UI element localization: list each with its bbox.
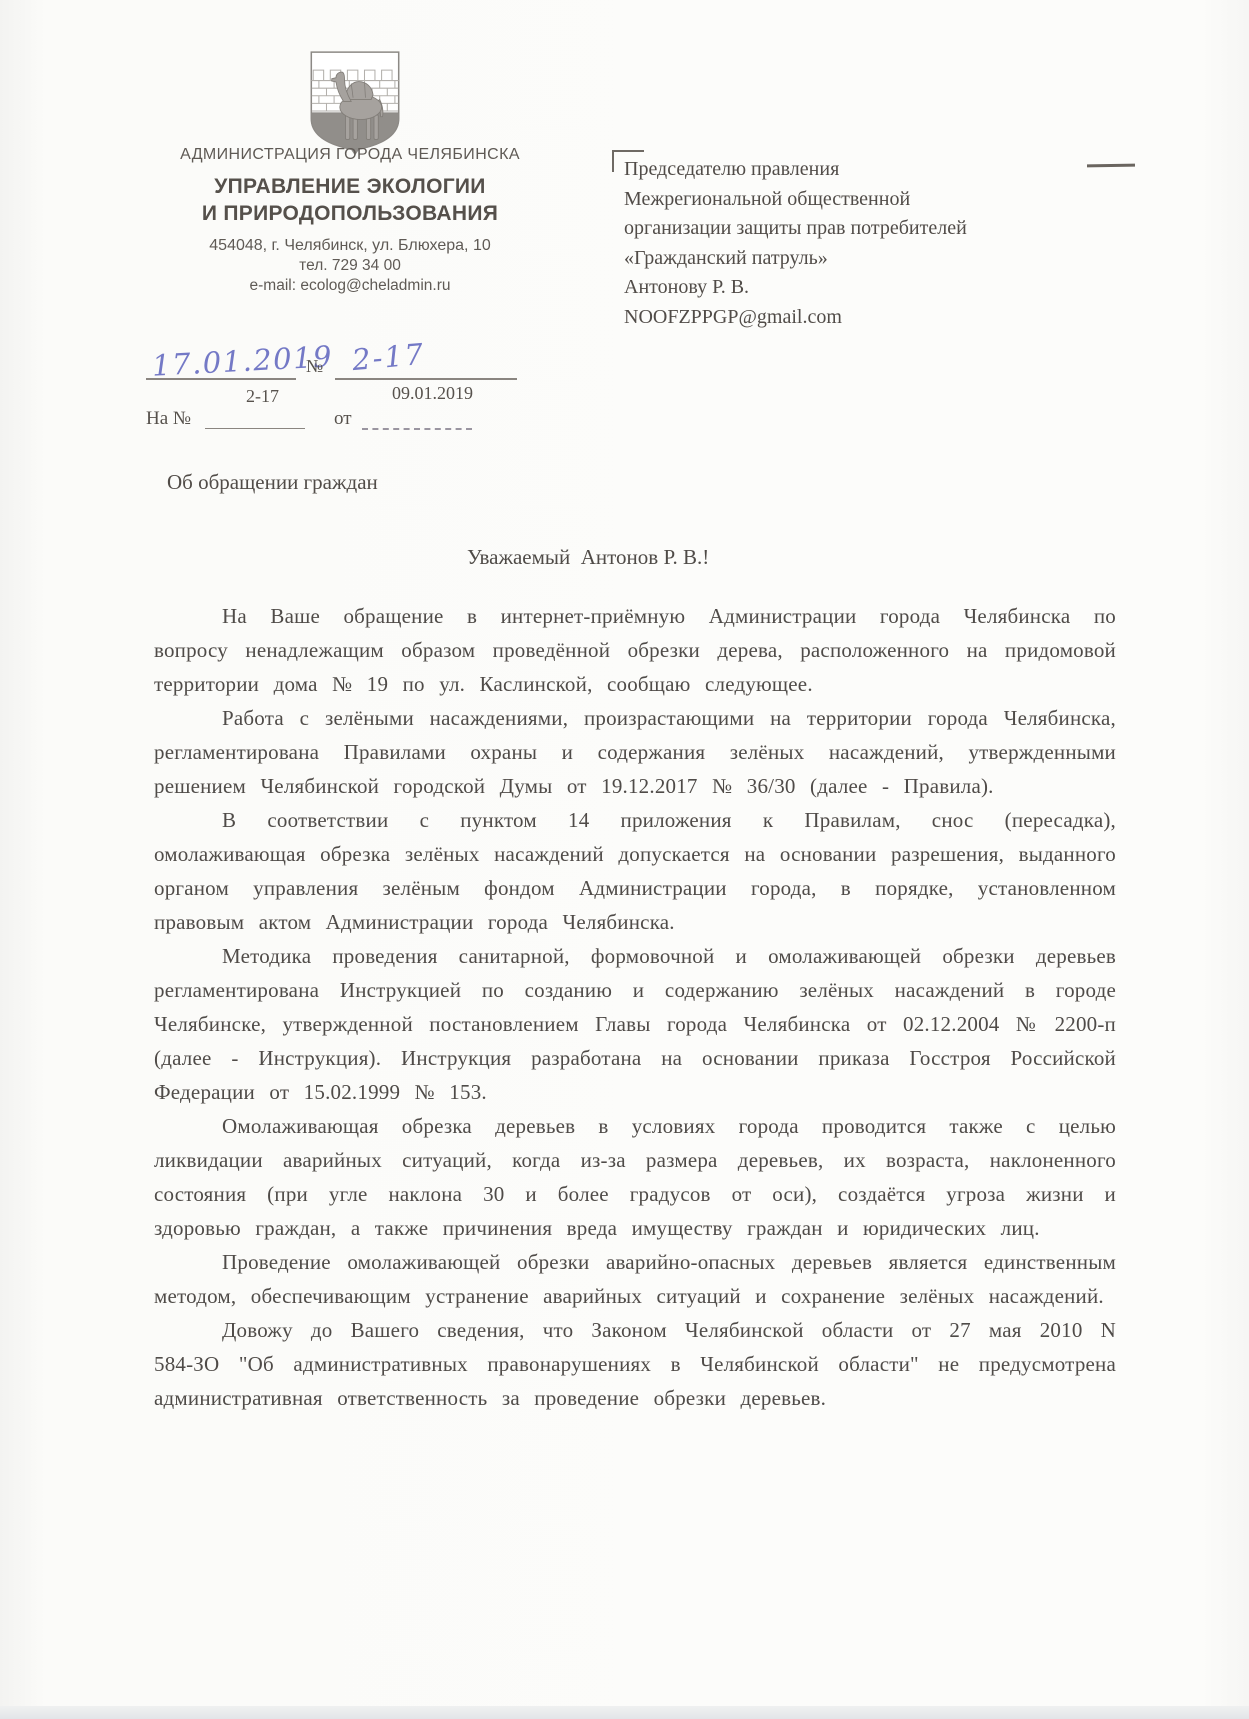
salutation: Уважаемый Антонов Р. В.! — [467, 545, 709, 570]
outgoing-number-handwritten: 2-17 — [351, 337, 427, 377]
letter-body: На Ваше обращение в интернет-приёмную Ад… — [154, 599, 1116, 1415]
addressee-line: «Гражданский патруль» — [624, 244, 1074, 274]
body-paragraph: Омолаживающая обрезка деревьев в условия… — [154, 1109, 1116, 1245]
scanned-letter-page: АДМИНИСТРАЦИЯ ГОРОДА ЧЕЛЯБИНСКА УПРАВЛЕН… — [0, 0, 1249, 1719]
addressee-line: Председателю правления — [624, 155, 1074, 185]
letterhead-block: АДМИНИСТРАЦИЯ ГОРОДА ЧЕЛЯБИНСКА УПРАВЛЕН… — [110, 146, 590, 295]
number-underline — [335, 378, 517, 380]
department-line1: УПРАВЛЕНИЕ ЭКОЛОГИИ — [110, 173, 590, 200]
addressee-block: Председателю правления Межрегиональной о… — [624, 155, 1074, 332]
org-email: e-mail: ecolog@cheladmin.ru — [110, 276, 590, 295]
reply-number-underline — [205, 428, 305, 429]
body-paragraph: Методика проведения санитарной, формовоч… — [154, 939, 1116, 1109]
body-paragraph: На Ваше обращение в интернет-приёмную Ад… — [154, 599, 1116, 701]
date-underline — [146, 378, 296, 380]
top-right-dash-mark — [1087, 164, 1135, 168]
addressee-line: организации защиты прав потребителей — [624, 214, 1074, 244]
subject-line: Об обращении граждан — [167, 470, 378, 495]
body-paragraph: Работа с зелёными насаждениями, произрас… — [154, 701, 1116, 803]
reply-from-label: от — [334, 408, 352, 430]
outgoing-date-typed: 09.01.2019 — [392, 383, 473, 404]
scan-bottom-edge — [0, 1706, 1249, 1719]
outgoing-number-typed: 2-17 — [246, 386, 279, 407]
org-phone: тел. 729 34 00 — [110, 256, 590, 275]
addressee-line: Межрегиональной общественной — [624, 185, 1074, 215]
org-name: АДМИНИСТРАЦИЯ ГОРОДА ЧЕЛЯБИНСКА — [110, 146, 590, 164]
org-address: 454048, г. Челябинск, ул. Блюхера, 10 — [110, 236, 590, 255]
addressee-line: Антонову Р. В. — [624, 273, 1074, 303]
reply-number-label: На № — [146, 408, 191, 430]
body-paragraph: Довожу до Вашего сведения, что Законом Ч… — [154, 1313, 1116, 1415]
emblem-svg — [298, 46, 412, 156]
body-paragraph: Проведение омолаживающей обрезки аварийн… — [154, 1245, 1116, 1313]
addressee-email: NOOFZPPGP@gmail.com — [624, 303, 1074, 333]
department-line2: И ПРИРОДОПОЛЬЗОВАНИЯ — [110, 200, 590, 227]
coat-of-arms-emblem — [298, 46, 412, 156]
number-sign: № — [306, 356, 323, 377]
body-paragraph: В соответствии с пунктом 14 приложения к… — [154, 803, 1116, 939]
reply-date-underline — [362, 428, 472, 430]
